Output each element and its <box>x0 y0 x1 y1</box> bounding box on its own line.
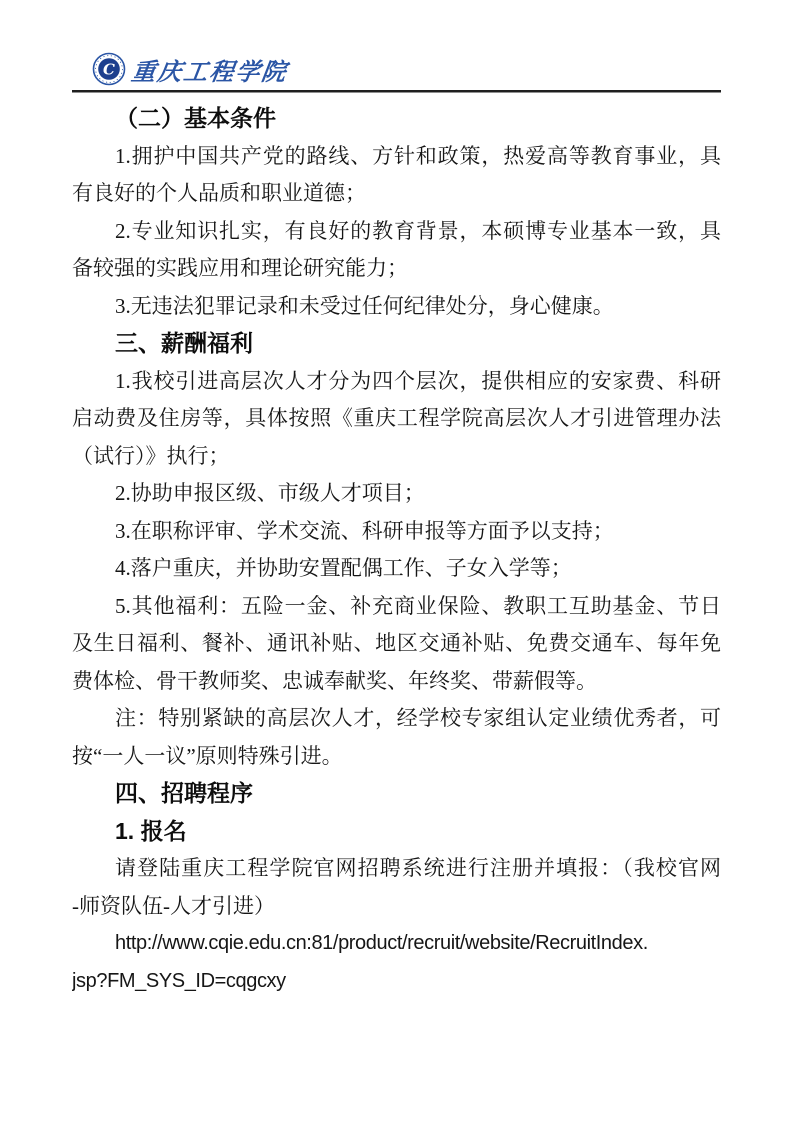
paragraph-line: 请登陆重庆工程学院官网招聘系统进行注册并填报：（我校官网 <box>72 850 721 888</box>
paragraph-line: 有良好的个人品质和职业道德； <box>72 175 721 213</box>
header-divider-light-line <box>72 92 721 93</box>
paragraph-line: 2.协助申报区级、市级人才项目； <box>72 475 721 513</box>
section-heading: 四、招聘程序 <box>72 775 721 813</box>
paragraph-line: 5.其他福利：五险一金、补充商业保险、教职工互助基金、节日 <box>72 588 721 626</box>
paragraph-line: 按“一人一议”原则特殊引进。 <box>72 738 721 776</box>
document-body: （二）基本条件1.拥护中国共产党的路线、方针和政策，热爱高等教育事业，具有良好的… <box>72 100 721 1000</box>
section-heading: （二）基本条件 <box>72 100 721 138</box>
section-heading: 1. 报名 <box>72 813 721 851</box>
school-wordmark: 重庆工程学院 <box>130 52 291 87</box>
header-divider <box>72 90 721 93</box>
url-line: jsp?FM_SYS_ID=cqgcxy <box>72 963 721 1001</box>
paragraph-line: 3.在职称评审、学术交流、科研申报等方面予以支持； <box>72 513 721 551</box>
paragraph-line: 及生日福利、餐补、通讯补贴、地区交通补贴、免费交通车、每年免 <box>72 625 721 663</box>
paragraph-line: 启动费及住房等，具体按照《重庆工程学院高层次人才引进管理办法 <box>72 400 721 438</box>
school-logo: C 重庆工程学院 <box>92 50 288 88</box>
url-line: http://www.cqie.edu.cn:81/product/recrui… <box>72 925 721 963</box>
paragraph-line: 4.落户重庆，并协助安置配偶工作、子女入学等； <box>72 550 721 588</box>
paragraph-line: 3.无违法犯罪记录和未受过任何纪律处分，身心健康。 <box>72 288 721 326</box>
paragraph-line: 注：特别紧缺的高层次人才，经学校专家组认定业绩优秀者，可 <box>72 700 721 738</box>
section-heading: 三、薪酬福利 <box>72 325 721 363</box>
paragraph-line: 费体检、骨干教师奖、忠诚奉献奖、年终奖、带薪假等。 <box>72 663 721 701</box>
svg-text:C: C <box>103 61 115 79</box>
paragraph-line: （试行）》执行； <box>72 438 721 476</box>
paragraph-line: 2.专业知识扎实，有良好的教育背景，本硕博专业基本一致，具 <box>72 213 721 251</box>
school-emblem-icon: C <box>92 51 126 87</box>
paragraph-line: 备较强的实践应用和理论研究能力； <box>72 250 721 288</box>
paragraph-line: 1.拥护中国共产党的路线、方针和政策，热爱高等教育事业，具 <box>72 138 721 176</box>
paragraph-line: -师资队伍-人才引进） <box>72 888 721 926</box>
document-page: C 重庆工程学院 （二）基本条件1.拥护中国共产党的路线、方针和政策，热爱高等教… <box>0 0 793 1122</box>
paragraph-line: 1.我校引进高层次人才分为四个层次，提供相应的安家费、科研 <box>72 363 721 401</box>
